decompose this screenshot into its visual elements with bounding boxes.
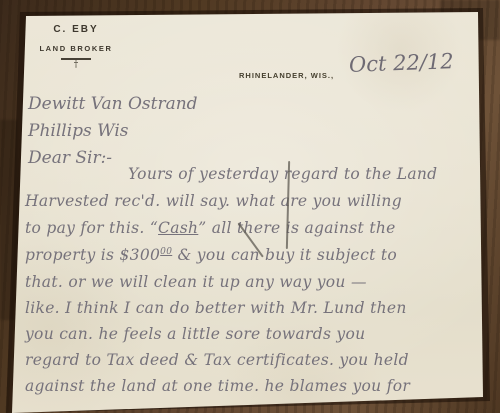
underlined-word: Cash xyxy=(158,219,198,237)
body-line: against the land at one time. he blames … xyxy=(25,377,485,395)
body-line: you can. he feels a little sore towards … xyxy=(25,325,485,343)
recipient-name: Dewitt Van Ostrand xyxy=(28,94,198,114)
letterhead-name: C. EBY xyxy=(38,24,114,35)
letterhead-title: LAND BROKER xyxy=(38,44,114,53)
body-line-part: ” all there is against the xyxy=(198,219,395,237)
price-superscript: 00 xyxy=(160,247,172,257)
body-line-part: property is $300 xyxy=(25,246,160,264)
letterhead-block: C. EBY LAND BROKER † xyxy=(38,24,114,69)
body-line: Yours of yesterday regard to the Land xyxy=(25,165,500,183)
body-line: that. or we will clean it up any way you… xyxy=(25,273,485,291)
recipient-city: Phillips Wis xyxy=(28,121,128,141)
body-line: like. I think I can do better with Mr. L… xyxy=(25,299,485,317)
body-line: regard to Tax deed & Tax certificates. y… xyxy=(25,351,485,369)
letter-content: C. EBY LAND BROKER † RHINELANDER, WIS., … xyxy=(0,0,500,413)
body-line-part: to pay for this. “ xyxy=(25,219,158,237)
body-line: Harvested rec'd. will say. what are you … xyxy=(25,192,485,210)
letterhead-place: RHINELANDER, WIS., xyxy=(239,71,334,80)
body-line: to pay for this. “Cash” all there is aga… xyxy=(25,219,485,237)
dagger-ornament-icon: † xyxy=(38,61,114,69)
body-line-part: & you can buy it subject to xyxy=(172,246,397,264)
handwritten-date: Oct 22/12 xyxy=(349,49,454,77)
